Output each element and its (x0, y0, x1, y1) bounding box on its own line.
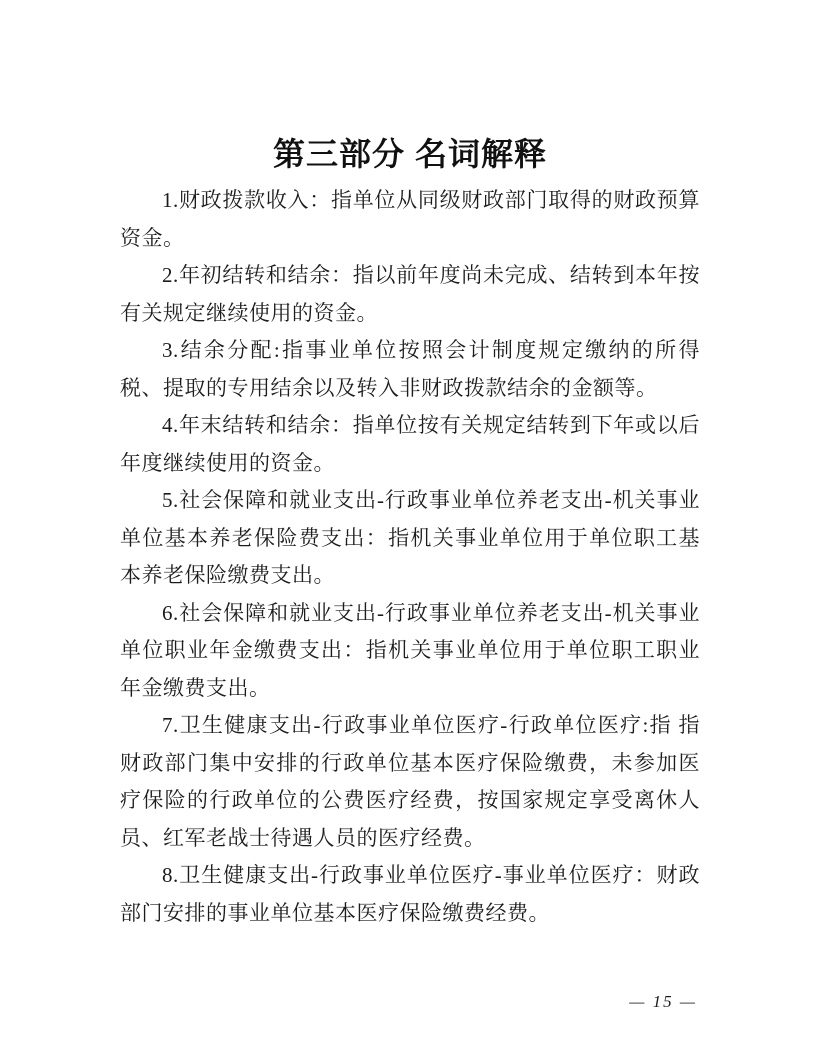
definition-paragraph-1: 1.财政拨款收入：指单位从同级财政部门取得的财政预算资金。 (120, 182, 700, 257)
document-page: 第三部分 名词解释 1.财政拨款收入：指单位从同级财政部门取得的财政预算资金。 … (0, 0, 815, 1055)
definition-paragraph-8: 8.卫生健康支出-行政事业单位医疗-事业单位医疗：财政部门安排的事业单位基本医疗… (120, 857, 700, 932)
definition-paragraph-2: 2.年初结转和结余：指以前年度尚未完成、结转到本年按有关规定继续使用的资金。 (120, 257, 700, 332)
definition-paragraph-4: 4.年末结转和结余：指单位按有关规定结转到下年或以后年度继续使用的资金。 (120, 407, 700, 482)
definition-paragraph-6: 6.社会保障和就业支出-行政事业单位养老支出-机关事业单位职业年金缴费支出：指机… (120, 595, 700, 708)
document-content: 第三部分 名词解释 1.财政拨款收入：指单位从同级财政部门取得的财政预算资金。 … (120, 132, 700, 932)
section-title: 第三部分 名词解释 (120, 132, 700, 176)
definition-paragraph-7: 7.卫生健康支出-行政事业单位医疗-行政单位医疗:指 指财政部门集中安排的行政单… (120, 707, 700, 857)
page-number: — 15 — (629, 992, 697, 1012)
definition-paragraph-5: 5.社会保障和就业支出-行政事业单位养老支出-机关事业单位基本养老保险费支出：指… (120, 482, 700, 595)
definition-paragraph-3: 3.结余分配:指事业单位按照会计制度规定缴纳的所得税、提取的专用结余以及转入非财… (120, 332, 700, 407)
